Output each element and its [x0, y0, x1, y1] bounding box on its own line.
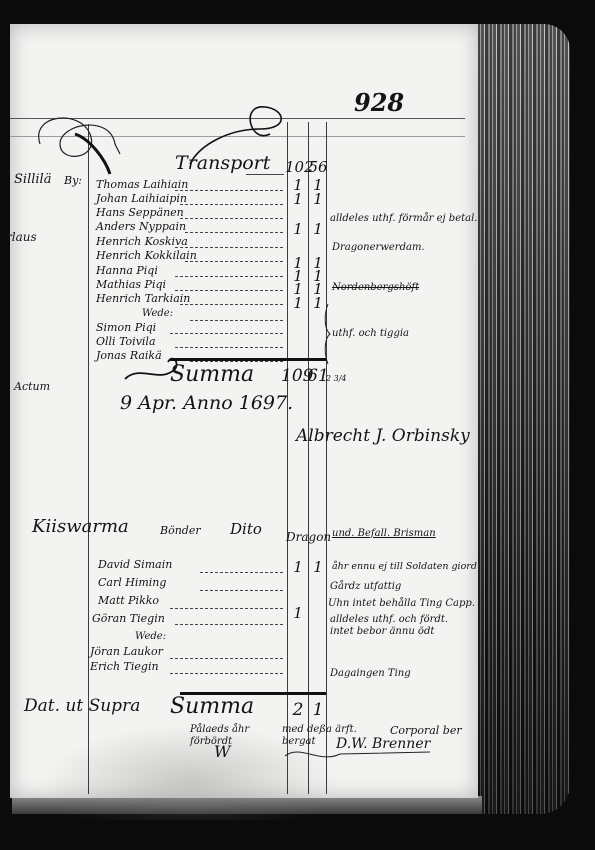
margin-label-village: Sillilä: [14, 172, 51, 187]
entry-note: Nordenbergshöft: [332, 282, 419, 293]
entry-name: Göran Tiegin: [92, 612, 165, 625]
signature-flourish: [280, 744, 440, 764]
carry-forward-a: 102: [285, 158, 309, 176]
entry-note: Gårdz utfattig: [330, 581, 401, 592]
initials: W: [214, 742, 230, 761]
entry-col-b: 1: [307, 190, 329, 208]
summa-fraction: 2 3/4: [326, 374, 347, 383]
leader-line: [175, 347, 283, 348]
margin-label-frlaus: rlaus: [6, 230, 37, 244]
leader-line: [246, 174, 284, 175]
dating-text: 9 Apr. Anno 1697.: [120, 392, 293, 414]
leader-line: [175, 276, 283, 277]
summa-col-a: 109: [281, 366, 309, 386]
leader-line: [175, 624, 283, 625]
leader-line: [175, 190, 283, 191]
entry-col-a: 1: [287, 558, 309, 576]
leader-line: [170, 658, 283, 659]
entry-name: Matt Pikko: [98, 594, 159, 607]
margin-rule: [88, 124, 89, 794]
entry-name: Anders Nyppain: [96, 220, 186, 233]
summa-label: Summa: [170, 362, 254, 387]
entry-col-a: 1: [287, 220, 309, 238]
entry-name: Henrich Tarkiain: [96, 292, 190, 305]
closing-formula: Dat. ut Supra: [24, 696, 140, 716]
section-2-heading: Kiiswarma: [32, 516, 129, 537]
leader-line: [175, 290, 283, 291]
carry-forward-b: 56: [307, 158, 329, 176]
leader-line: [185, 232, 283, 233]
note-brace: [322, 304, 334, 364]
leader-line: [170, 673, 283, 674]
summa-2-col-b: 1: [307, 700, 329, 720]
leader-line: [200, 572, 283, 573]
entry-name: Henrich Kokkilain: [96, 249, 197, 262]
entry-name: Johan Laihiaipin: [96, 192, 187, 205]
leader-line: [170, 608, 283, 609]
summa-2-label: Summa: [170, 694, 254, 719]
entry-name: Hanna Piqi: [96, 264, 158, 277]
leader-line: [185, 261, 283, 262]
leader-line: [190, 320, 283, 321]
leader-line: [200, 590, 283, 591]
dragon-column-label: Dragon: [286, 530, 331, 544]
dito-label: Dito: [230, 520, 262, 538]
folio-number: 928: [354, 88, 404, 117]
summa-rule: [170, 358, 326, 361]
entry-note: alldeles uthf. och fördt. intet bebor än…: [330, 614, 460, 638]
summa-2-col-a: 2: [287, 700, 309, 720]
entry-note: Dragonerwerdam.: [332, 242, 425, 253]
entry-col-a: 1: [287, 294, 309, 312]
transport-heading: Transport: [175, 152, 270, 174]
entry-name: Carl Himing: [98, 576, 166, 589]
dating-prefix: Actum: [14, 380, 50, 393]
leader-line: [170, 333, 283, 334]
section-2-heading-suffix: Bönder: [160, 524, 201, 537]
entry-note: alldeles uthf. förmår ej betal.: [330, 213, 478, 224]
entry-name: Erich Tiegin: [90, 660, 159, 673]
column-note: und. Befall. Brisman: [332, 528, 436, 539]
entry-col-b: 1: [307, 220, 329, 238]
manuscript-page: 928 Transport Sillilä By: rlaus 102 56 T…: [10, 24, 478, 798]
entry-name: Wede:: [135, 631, 166, 642]
entry-col-b: 1: [307, 558, 329, 576]
entry-note: Uhn intet behålla Ting Capp.: [328, 598, 475, 609]
leader-line: [180, 204, 283, 205]
entry-col-a: 1: [287, 190, 309, 208]
leader-line: [175, 247, 283, 248]
leader-line: [180, 218, 283, 219]
entry-note: uthf. och tiggia: [332, 328, 409, 339]
manuscript-scan: 928 Transport Sillilä By: rlaus 102 56 T…: [0, 0, 595, 850]
entry-note: Dagaingen Ting: [330, 668, 411, 679]
entry-name: Mathias Piqi: [96, 278, 166, 291]
entry-name: Simon Piqi: [96, 321, 156, 334]
book-fore-edge: [478, 24, 570, 814]
entry-name: Jöran Laukor: [90, 645, 163, 658]
footer-note-left: Pålaeds åhr förbördt: [190, 724, 276, 748]
entry-name: David Simain: [98, 558, 172, 571]
entry-name: Wede:: [142, 308, 173, 319]
entry-name: Hans Seppänen: [96, 206, 184, 219]
entry-col-a: 1: [287, 604, 309, 622]
leader-line: [180, 304, 283, 305]
signature-orbinsky: Albrecht J. Orbinsky: [296, 426, 470, 446]
margin-label-by: By:: [64, 174, 82, 187]
entry-note: åhr ennu ej till Soldaten giord: [332, 561, 477, 572]
